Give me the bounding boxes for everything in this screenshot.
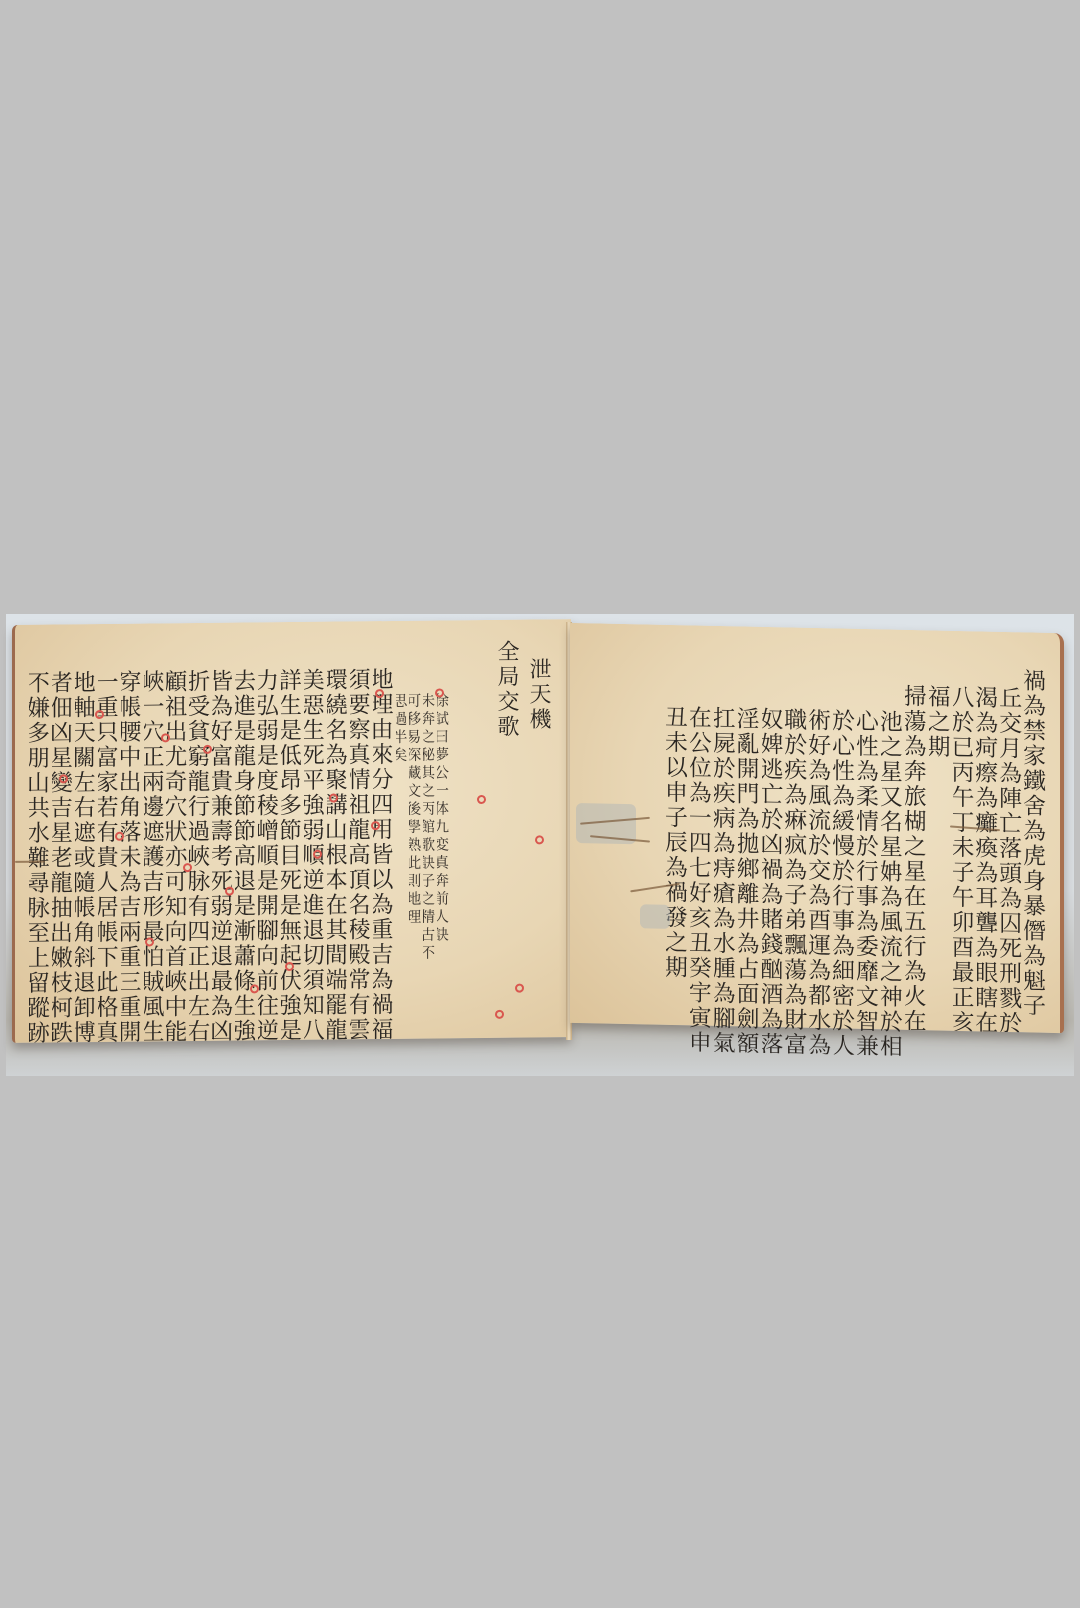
red-circle-mark — [203, 745, 212, 754]
text-column: 力弘弱是度稜嶒順是開腳向前往逆是退回 — [258, 650, 281, 1040]
red-circle-mark — [250, 984, 259, 993]
red-circle-mark — [329, 794, 338, 803]
red-circle-mark — [371, 821, 380, 830]
text-column: 淫亂開門為拋鄉離井為占面劍額為倒路 — [738, 662, 762, 1053]
head-note-column: 徐試曰夢公一体九変真奔前人訣 — [437, 648, 451, 1064]
red-circle-mark — [59, 774, 68, 783]
red-circle-mark — [145, 937, 154, 946]
text-column: 心性為柔情於行事為委靡文智兼於相貌為風流 — [857, 665, 881, 1056]
text-column: 不嫌多朋山共水難尋脉至上留蹤跡略作 — [29, 653, 52, 1043]
text-column: 顧祖出尤奇穴狀亦可知向首峽中能預定一 — [166, 651, 189, 1041]
red-circle-mark — [435, 688, 444, 697]
text-column: 丘交月為陣亡落頭為囚死刑戮於病為風為消 — [1000, 668, 1024, 1033]
paper-damage — [640, 904, 670, 929]
red-circle-mark — [375, 689, 384, 698]
text-column: 環繞名為聚講山根本在其間端罷龍行有 — [327, 649, 350, 1039]
ink-line — [15, 861, 45, 863]
left-page: 泄天機 全局交歌 徐試曰夢公一体九変真奔前人訣 未奔之秘其之丙館歌訣子之精古不 … — [12, 619, 571, 1043]
text-column: 去進是龍身節節高退是漸蕭條生強順進 — [235, 650, 258, 1040]
text-column: 詳生是低昂多節目死是無起伏強是奔走勢 — [281, 650, 304, 1040]
head-note-column: 可移易深藏文後學熟此則地理 — [409, 649, 423, 1065]
right-page-text: 禍為禁家鐵舍為虎身暴僭為魁子刑妻為遭 丘交月為陣亡落頭為囚死刑戮於病為風為消 渴… — [666, 661, 1048, 1015]
text-column: 在公位為一四七好亥丑癸宇寅申巳亥最辰戌 — [690, 661, 714, 1052]
text-column: 於心性為緩慢於行事為細密於人品為倡優於 — [833, 664, 857, 1055]
head-note-column: 思過半矣 — [396, 649, 410, 1065]
text-column: 折受貧窮龍行過峽脉有四正出左右次回頭 — [189, 651, 212, 1041]
text-column: 池之星又名星姌為風流之神於相貌為俊秀於 — [881, 665, 905, 1056]
left-page-heading: 泄天機 全局交歌 — [491, 639, 555, 1018]
text-column: 職於疾為痳疯為子弟飄蕩為財富消散為 — [785, 663, 809, 1054]
text-column: 福之期 — [929, 666, 953, 1031]
open-manuscript: 泄天機 全局交歌 徐試曰夢公一体九変真奔前人訣 未奔之秘其之丙館歌訣子之精古不 … — [12, 622, 1062, 1040]
text-column: 奴婢逃亡於凶禍為賭錢酗酒為落水投河為 — [762, 663, 786, 1054]
text-column: 峽一穴正兩邊遮護吉形最怕賊風生若逆 — [144, 651, 167, 1041]
red-circle-mark — [477, 795, 486, 804]
text-column: 渴為疴瘵為癱瘓為耳聾為眼瞎在公位為二五 — [976, 667, 1000, 1032]
head-note-column: 未奔之秘其之丙館歌訣子之精古不 — [423, 648, 437, 1064]
text-column: 美惡生死平強弱順逆進退切須知八法要推 — [304, 650, 327, 1040]
red-circle-mark — [115, 832, 124, 841]
page-subtitle: 全局交歌 — [491, 640, 523, 1018]
red-circle-mark — [225, 887, 234, 896]
text-column: 地理由來分四用皆以為重吉為禍福此中生 — [373, 649, 396, 1039]
red-circle-mark — [495, 1010, 504, 1019]
text-column: 皆為好富貴兼壽考死弱逆退最為凶夭 — [212, 651, 235, 1041]
left-page-text: 徐試曰夢公一体九変真奔前人訣 未奔之秘其之丙館歌訣子之精古不 可移易深藏文後學熟… — [29, 648, 459, 1025]
red-circle-mark — [313, 850, 322, 859]
red-circle-mark — [535, 835, 544, 844]
text-column: 地軸天關左右遮或隨帳角斜退卸博換龍 — [75, 652, 98, 1042]
text-column: 者佃凶星變吉星老龍抽出嫩枝柯跌斷 — [52, 652, 75, 1042]
right-page: 禍為禁家鐵舍為虎身暴僭為魁子刑妻為遭 丘交月為陣亡落頭為囚死刑戮於病為風為消 渴… — [570, 623, 1064, 1033]
text-column: 丑未以申子辰為禍發之期 — [666, 661, 690, 1052]
red-circle-mark — [515, 984, 524, 993]
red-circle-mark — [285, 962, 294, 971]
text-column: 禍為禁家鐵舍為虎身暴僭為魁子刑妻為遭 — [1024, 668, 1048, 1015]
red-circle-mark — [161, 733, 170, 742]
text-column: 八於已丙午丁未子午卯酉最正亥俱為寅戌為禍 — [953, 667, 977, 1032]
red-circle-mark — [95, 710, 104, 719]
text-column: 須要察真情祖龍高頂名稜殿常有雲氣現 — [350, 649, 373, 1039]
red-circle-mark — [183, 863, 192, 872]
text-column: 術好為風流於交為酉運為都水為教坊為雜 — [809, 664, 833, 1055]
text-column: 掃蕩為奔旅楜之星在五行為火在八卦為坎名曰咸 — [905, 666, 929, 1031]
text-column: 穿帳腰中出角落未為吉兩重三重開府衙 — [121, 652, 144, 1042]
text-column: 扛屍於疾病為痔瘡為水腫為腳氣為腎癱 — [714, 662, 738, 1053]
